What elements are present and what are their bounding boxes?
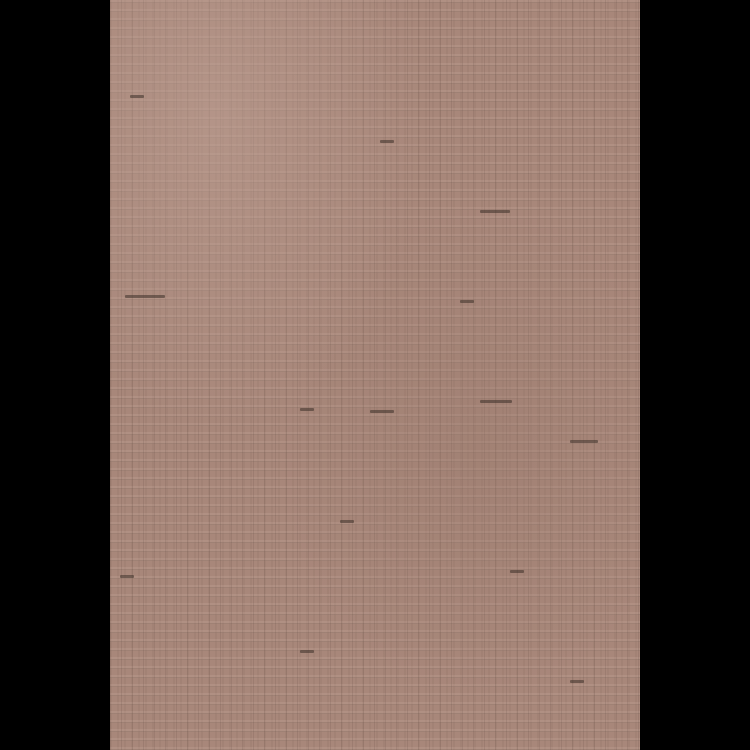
texture-fleck [300, 408, 314, 411]
texture-fleck [370, 410, 394, 413]
texture-fleck [480, 400, 512, 403]
texture-fleck [130, 95, 144, 98]
texture-fleck [340, 520, 354, 523]
texture-fleck [300, 650, 314, 653]
texture-fleck [480, 210, 510, 213]
texture-fleck [460, 300, 474, 303]
letterbox-right [640, 0, 750, 750]
fabric-swatch-image [110, 0, 640, 750]
texture-fleck [120, 575, 134, 578]
letterbox-left [0, 0, 110, 750]
texture-fleck [570, 680, 584, 683]
texture-fleck [125, 295, 165, 298]
texture-fleck [570, 440, 598, 443]
texture-fleck [510, 570, 524, 573]
texture-fleck [380, 140, 394, 143]
